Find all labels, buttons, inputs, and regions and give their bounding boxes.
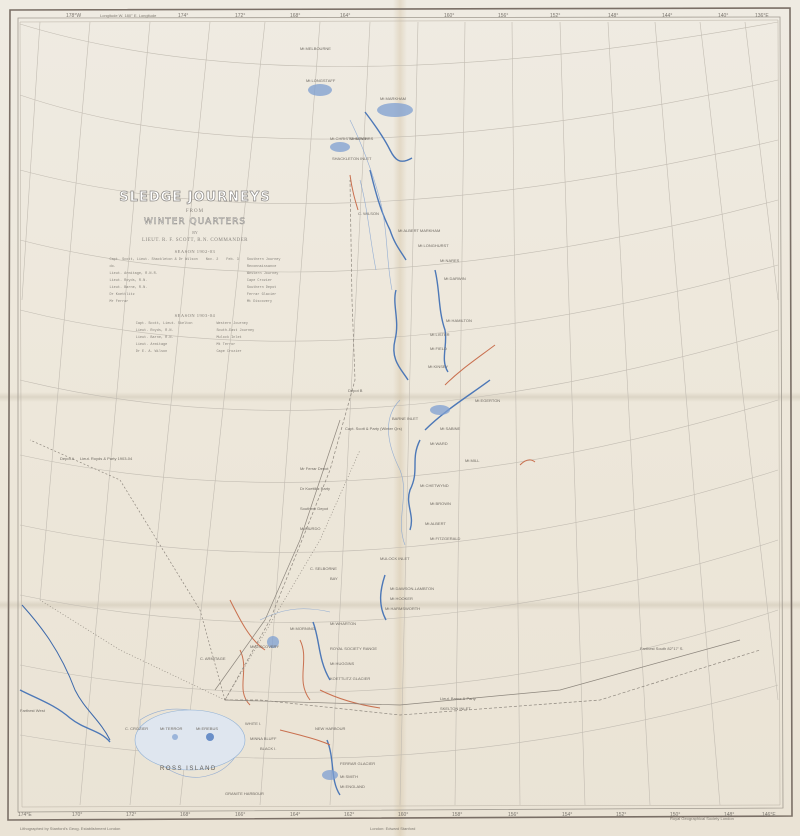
svg-text:172°: 172° [126, 812, 136, 818]
svg-text:168°: 168° [180, 812, 190, 818]
svg-text:156°: 156° [508, 812, 518, 818]
outer-border [8, 8, 792, 820]
svg-text:172°: 172° [235, 13, 245, 19]
svg-text:178°W: 178°W [66, 13, 81, 19]
svg-text:Mt MILL: Mt MILL [465, 458, 480, 463]
svg-text:Lieut. Royds & Party 1903-04: Lieut. Royds & Party 1903-04 [80, 456, 133, 461]
inner-border [18, 17, 783, 812]
svg-text:MINNA BLUFF: MINNA BLUFF [250, 736, 277, 741]
svg-text:164°: 164° [340, 13, 350, 19]
svg-text:156°: 156° [498, 13, 508, 19]
svg-text:Mt BOWERS: Mt BOWERS [350, 136, 374, 141]
table-row: Lieut. ArmitageMt Terror [133, 343, 258, 348]
svg-text:Mt MARKHAM: Mt MARKHAM [380, 96, 406, 101]
svg-text:Farthest South 82°17' S.: Farthest South 82°17' S. [640, 646, 684, 651]
svg-text:136°E: 136°E [755, 13, 769, 19]
svg-text:SKELTON INLET: SKELTON INLET [440, 706, 471, 711]
svg-text:Mt WARD: Mt WARD [430, 441, 448, 446]
svg-text:BAY: BAY [330, 576, 338, 581]
svg-text:Mt HUGGINS: Mt HUGGINS [330, 661, 355, 666]
map-canvas: 178°W 174° 172° 168° 164° 160° 156° 152°… [0, 0, 800, 836]
svg-text:152°: 152° [616, 812, 626, 818]
journey-table-1902: Capt. Scott, Lieut. Shackleton & Dr Wils… [104, 256, 285, 307]
svg-text:Mt SMITH: Mt SMITH [340, 774, 358, 779]
ross-island-shape [135, 710, 245, 770]
svg-text:Longitude W. 180° E. Longitude: Longitude W. 180° E. Longitude [100, 13, 157, 18]
svg-text:Mt ALBERT: Mt ALBERT [425, 521, 446, 526]
svg-text:174°E: 174°E [18, 812, 32, 818]
svg-text:154°: 154° [562, 812, 572, 818]
map-author: LIEUT. R. F. SCOTT, R.N. COMMANDER [90, 238, 300, 243]
svg-text:Mt EGERTON: Mt EGERTON [475, 398, 500, 403]
table-row: Dr KoettlitzFerrar Glacier [106, 293, 283, 298]
imprint-left: Lithographed by Stanford's Geog. Establi… [20, 826, 120, 831]
svg-text:166°: 166° [235, 812, 245, 818]
svg-text:Mt HARMSWORTH: Mt HARMSWORTH [385, 606, 420, 611]
western-coast [22, 605, 110, 740]
map-sheet: 178°W 174° 172° 168° 164° 160° 156° 152°… [0, 0, 800, 836]
svg-text:Mt MORNING: Mt MORNING [290, 626, 315, 631]
svg-text:Mt HAMILTON: Mt HAMILTON [446, 318, 472, 323]
svg-text:Mt DARWIN: Mt DARWIN [444, 276, 466, 281]
svg-text:Mt DISCOVERY: Mt DISCOVERY [250, 644, 279, 649]
svg-text:152°: 152° [550, 13, 560, 19]
svg-text:C. CROZIER: C. CROZIER [125, 726, 148, 731]
season-label: SEASON 1903-04 [90, 313, 300, 318]
svg-text:Mt LISTER: Mt LISTER [430, 332, 450, 337]
svg-text:Dr Koettlitz Party: Dr Koettlitz Party [300, 486, 330, 491]
svg-text:Capt. Scott & Party (Winter Qr: Capt. Scott & Party (Winter Qrs) [345, 426, 403, 431]
svg-text:NEW HARBOUR: NEW HARBOUR [315, 726, 346, 731]
svg-text:FERRAR GLACIER: FERRAR GLACIER [340, 761, 375, 766]
svg-text:162°: 162° [344, 812, 354, 818]
imprint-right: Royal Geographical Society London [670, 816, 734, 821]
svg-text:164°: 164° [290, 812, 300, 818]
svg-text:BARNE INLET: BARNE INLET [392, 416, 419, 421]
svg-text:Mr Ferrar Depot: Mr Ferrar Depot [300, 466, 329, 471]
svg-text:174°: 174° [178, 13, 188, 19]
svg-text:Depot B: Depot B [348, 388, 363, 393]
svg-text:KOETTLITZ GLACIER: KOETTLITZ GLACIER [330, 676, 370, 681]
svg-text:Mt BROWN: Mt BROWN [430, 501, 451, 506]
svg-text:Farthest West: Farthest West [20, 708, 46, 713]
svg-text:Mt NARES: Mt NARES [440, 258, 460, 263]
svg-text:BLACK I.: BLACK I. [260, 746, 276, 751]
label-ross-island: ROSS ISLAND [160, 766, 217, 772]
svg-text:Mt CHETWYND: Mt CHETWYND [420, 483, 449, 488]
svg-text:Mt ALBERT MARKHAM: Mt ALBERT MARKHAM [398, 228, 440, 233]
svg-text:Mt MELBOURNE: Mt MELBOURNE [300, 46, 331, 51]
svg-text:MULOCK INLET: MULOCK INLET [380, 556, 410, 561]
table-row: Dr E. A. WilsonCape Crozier [133, 350, 258, 355]
mt-erebus-summit [206, 733, 214, 741]
svg-text:WHITE I.: WHITE I. [245, 721, 261, 726]
svg-text:170°: 170° [72, 812, 82, 818]
svg-text:C. WILSON: C. WILSON [358, 211, 379, 216]
svg-text:SHACKLETON INLET: SHACKLETON INLET [332, 156, 372, 161]
season-label: SEASON 1902-03 [90, 249, 300, 254]
table-row: Lieut. Royds, R.N.South-East Journey [133, 329, 258, 334]
map-title: SLEDGE JOURNEYS [90, 190, 300, 205]
table-row: Capt. Scott, Lieut. Shackleton & Dr Wils… [106, 258, 283, 263]
svg-text:168°: 168° [290, 13, 300, 19]
svg-text:Southern Depot: Southern Depot [300, 506, 329, 511]
svg-text:144°: 144° [662, 13, 672, 19]
svg-text:GRANITE HARBOUR: GRANITE HARBOUR [225, 791, 264, 796]
svg-text:C. SELBORNE: C. SELBORNE [310, 566, 337, 571]
svg-text:160°: 160° [398, 812, 408, 818]
map-title-by: BY [90, 230, 300, 235]
svg-text:Mt WHARTON: Mt WHARTON [330, 621, 356, 626]
svg-text:146°E: 146°E [762, 812, 776, 818]
svg-text:Mt FIELD: Mt FIELD [430, 346, 447, 351]
route-annotations: Capt. Scott & Party (Winter Qrs) Lieut. … [80, 426, 476, 701]
svg-text:Mt HOOKER: Mt HOOKER [390, 596, 413, 601]
map-title-from: FROM [90, 209, 300, 214]
svg-text:ROYAL SOCIETY RANGE: ROYAL SOCIETY RANGE [330, 646, 377, 651]
graticule-meridians [22, 22, 778, 805]
imprint-center: London: Edward Stanford [370, 826, 415, 831]
svg-text:Lieut. Barne & Party: Lieut. Barne & Party [440, 696, 476, 701]
svg-text:McMURDO: McMURDO [300, 526, 320, 531]
svg-text:140°: 140° [718, 13, 728, 19]
svg-text:Mt KINSEY: Mt KINSEY [428, 364, 449, 369]
svg-text:Mt EREBUS: Mt EREBUS [196, 726, 218, 731]
svg-text:158°: 158° [452, 812, 462, 818]
svg-text:C. ARMITAGE: C. ARMITAGE [200, 656, 226, 661]
svg-text:148°: 148° [608, 13, 618, 19]
svg-text:Mt LONGSTAFF: Mt LONGSTAFF [306, 78, 336, 83]
svg-text:Depot A: Depot A [60, 456, 75, 461]
svg-text:Mt TERROR: Mt TERROR [160, 726, 182, 731]
table-row: Lieut. Barne, R.N.Southern Depot [106, 286, 283, 291]
svg-text:Mt DAWSON-LAMBTON: Mt DAWSON-LAMBTON [390, 586, 434, 591]
journey-table-1903: Capt. Scott, Lieut. SkeltonWestern Journ… [131, 320, 260, 357]
svg-text:Mt LONGHURST: Mt LONGHURST [418, 243, 449, 248]
map-subtitle: WINTER QUARTERS [90, 217, 300, 227]
map-title-block: SLEDGE JOURNEYS FROM WINTER QUARTERS BY … [90, 190, 300, 357]
table-row: Lieut. Armitage, R.N.R.Western Journey [106, 272, 283, 277]
table-row: Lieut. Barne, R.N.Mulock Inlet [133, 336, 258, 341]
svg-text:160°: 160° [444, 13, 454, 19]
svg-text:Mt ENGLAND: Mt ENGLAND [340, 784, 365, 789]
svg-text:Mt FITZGERALD: Mt FITZGERALD [430, 536, 461, 541]
table-row: do.Reconnaissance [106, 265, 283, 270]
svg-text:Mt SABINE: Mt SABINE [440, 426, 461, 431]
table-row: Capt. Scott, Lieut. SkeltonWestern Journ… [133, 322, 258, 327]
table-row: Mr FerrarMt Discovery [106, 300, 283, 305]
table-row: Lieut. Royds, R.N.Cape Crozier [106, 279, 283, 284]
